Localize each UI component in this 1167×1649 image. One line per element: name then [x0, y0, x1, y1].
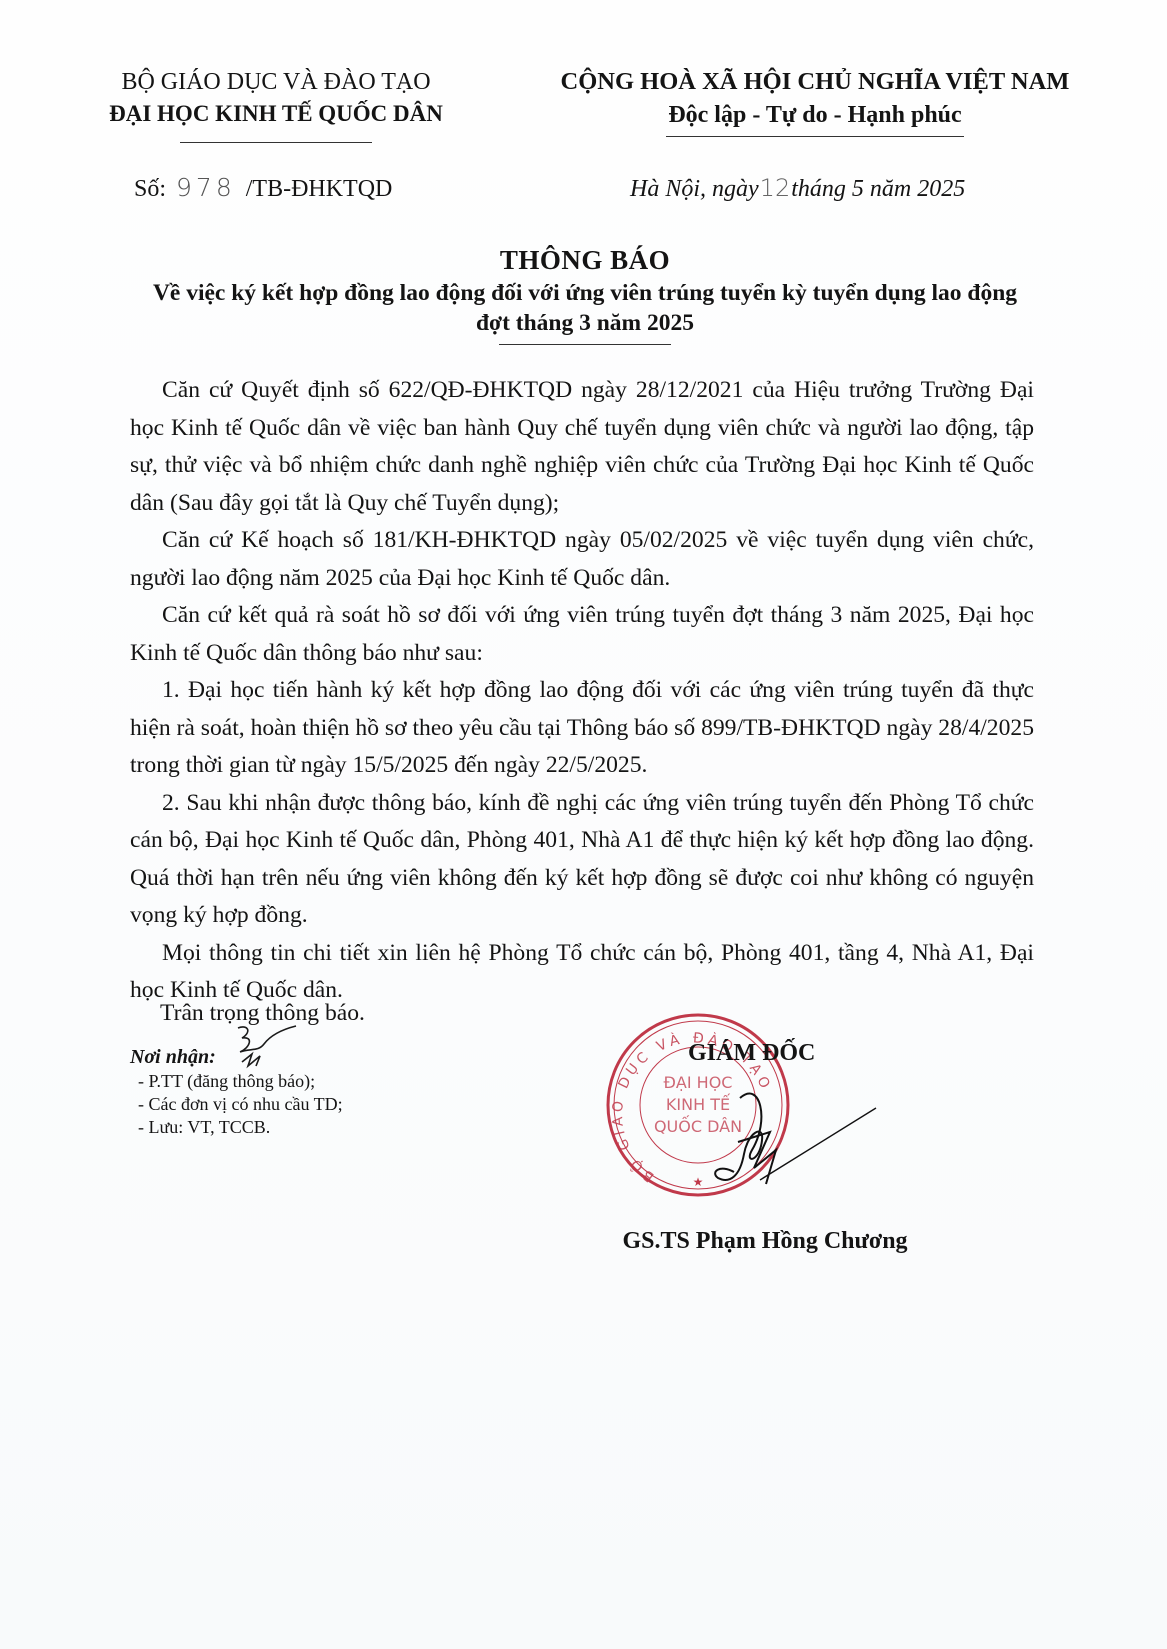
document-type-title: THÔNG BÁO: [60, 242, 1110, 278]
doc-number-handwritten: 978: [172, 173, 240, 202]
initials-signature-icon: [230, 1022, 300, 1072]
national-header: CỘNG HOÀ XÃ HỘI CHỦ NGHĨA VIỆT NAM Độc l…: [530, 66, 1100, 137]
date-day-handwritten: 12: [759, 174, 792, 202]
body-paragraph: 2. Sau khi nhận được thông báo, kính đề …: [130, 785, 1034, 935]
header-divider-right: [666, 136, 964, 137]
signer-name: GS.TS Phạm Hồng Chương: [600, 1228, 930, 1255]
document-page: BỘ GIÁO DỤC VÀ ĐÀO TẠO ĐẠI HỌC KINH TẾ Q…: [0, 0, 1167, 1649]
title-divider: [499, 344, 671, 345]
doc-number-suffix: /TB-ĐHKTQD: [246, 176, 393, 202]
document-subject-line-1: Về việc ký kết hợp đồng lao động đối với…: [60, 278, 1110, 308]
body-paragraph: Căn cứ Kế hoạch số 181/KH-ĐHKTQD ngày 05…: [130, 522, 1034, 597]
document-number: Số: 978 /TB-ĐHKTQD: [134, 173, 392, 203]
recipient-item: - Lưu: VT, TCCB.: [138, 1116, 343, 1139]
title-block: THÔNG BÁO Về việc ký kết hợp đồng lao độ…: [60, 242, 1110, 345]
header-divider-left: [180, 142, 372, 143]
place-and-date: Hà Nội, ngày12tháng 5 năm 2025: [630, 174, 965, 203]
signer-position: GIÁM ĐỐC: [688, 1040, 815, 1067]
nation-name: CỘNG HOÀ XÃ HỘI CHỦ NGHĨA VIỆT NAM: [530, 66, 1100, 98]
doc-number-prefix: Số:: [134, 176, 166, 202]
document-body: Căn cứ Quyết định số 622/QĐ-ĐHKTQD ngày …: [130, 372, 1034, 1010]
body-paragraph: Căn cứ kết quả rà soát hồ sơ đối với ứng…: [130, 597, 1034, 672]
ministry-name: BỘ GIÁO DỤC VÀ ĐÀO TẠO: [86, 66, 466, 98]
recipient-item: - Các đơn vị có nhu cầu TD;: [138, 1093, 343, 1116]
recipient-item: - P.TT (đăng thông báo);: [138, 1070, 343, 1093]
document-subject-line-2: đợt tháng 3 năm 2025: [60, 308, 1110, 338]
date-prefix: Hà Nội, ngày: [630, 176, 759, 202]
body-paragraph: Mọi thông tin chi tiết xin liên hệ Phòng…: [130, 935, 1034, 1010]
body-paragraph: Căn cứ Quyết định số 622/QĐ-ĐHKTQD ngày …: [130, 372, 1034, 522]
director-signature-icon: [700, 1080, 880, 1200]
national-motto: Độc lập - Tự do - Hạnh phúc: [530, 98, 1100, 132]
body-paragraph: 1. Đại học tiến hành ký kết hợp đồng lao…: [130, 672, 1034, 785]
issuer-header: BỘ GIÁO DỤC VÀ ĐÀO TẠO ĐẠI HỌC KINH TẾ Q…: [86, 66, 466, 143]
university-name: ĐẠI HỌC KINH TẾ QUỐC DÂN: [86, 98, 466, 130]
date-suffix: tháng 5 năm 2025: [791, 176, 965, 202]
